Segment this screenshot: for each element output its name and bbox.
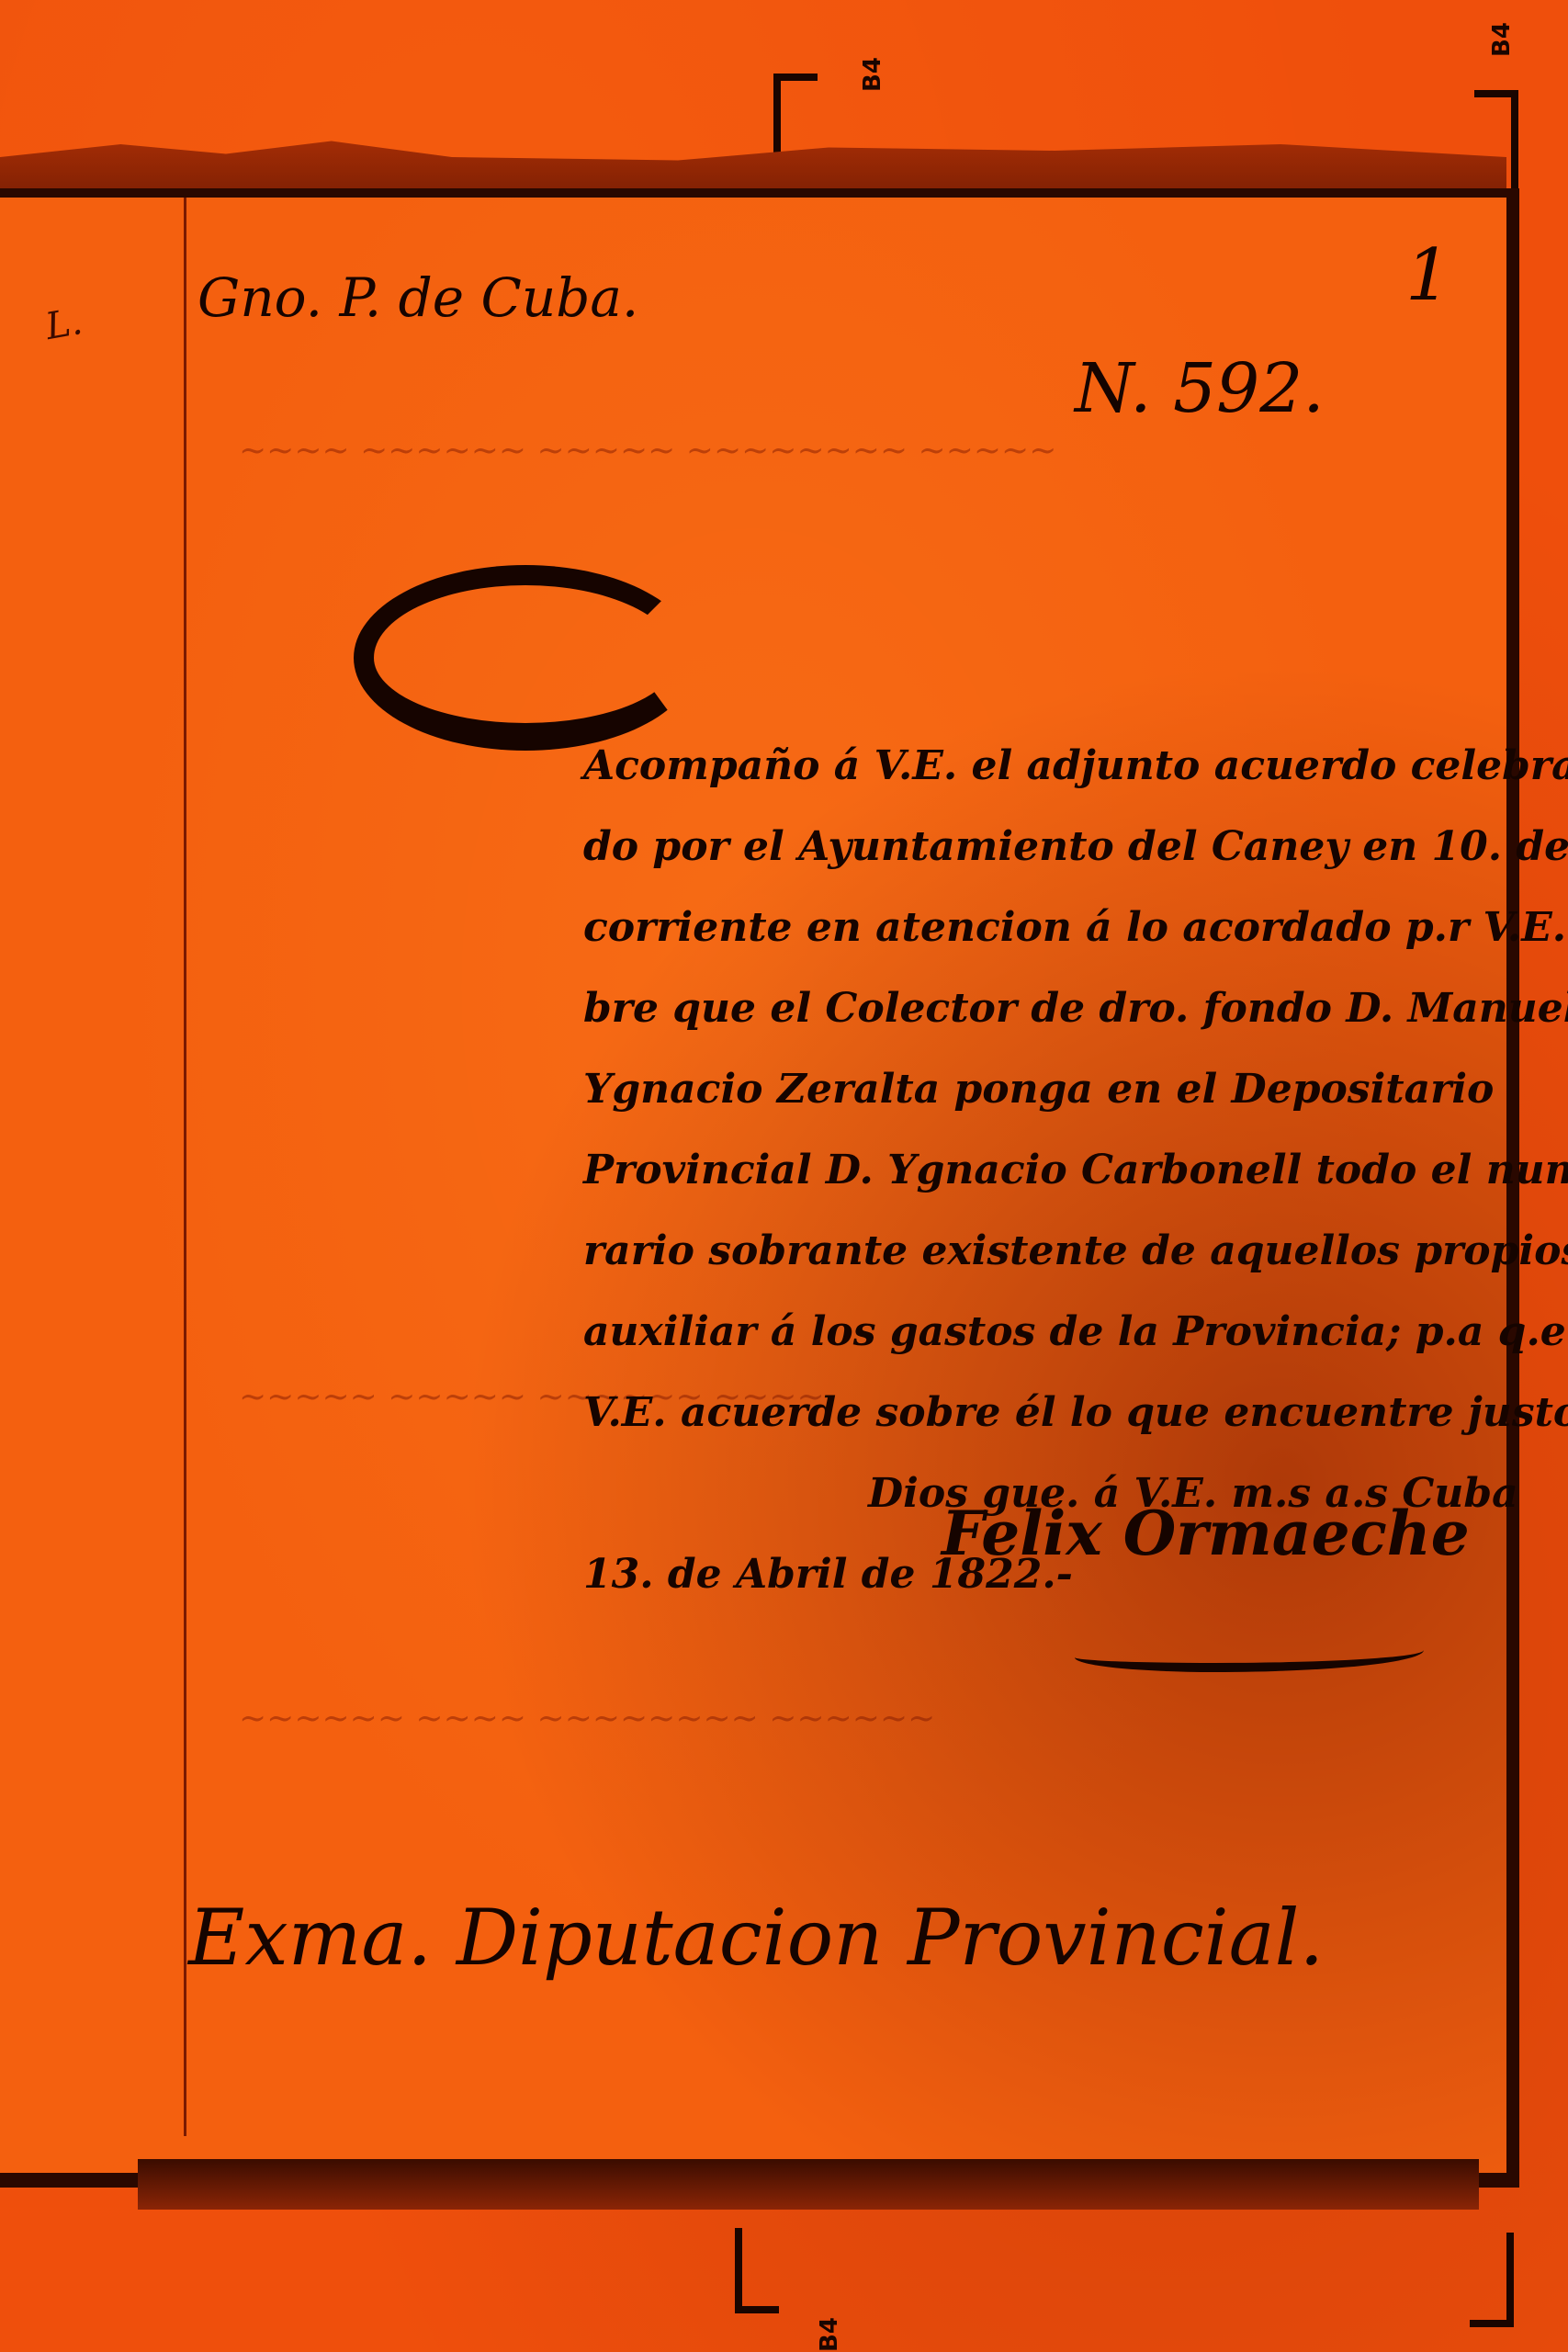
body-line: Ygnacio Zeralta ponga en el Depositario <box>583 1049 1493 1130</box>
document-number: N. 592. <box>1075 349 1325 428</box>
body-line: Provincial D. Ygnacio Carbonell todo el … <box>583 1130 1493 1211</box>
body-line: rario sobrante existente de aquellos pro… <box>583 1211 1493 1292</box>
bleed-through-text: ~~~~ ~~~~~~ ~~~~~ ~~~~~~~~ ~~~~~ <box>239 432 1056 469</box>
calligraphic-flourish-icon <box>354 565 697 751</box>
body-line: V.E. acuerde sobre él lo que encuentre j… <box>583 1373 1493 1453</box>
body-line: bre que el Colector de dro. fondo D. Man… <box>583 968 1493 1049</box>
crop-mark-bottom-right <box>1470 2233 1514 2327</box>
body-line: auxiliar á los gastos de la Provincia; p… <box>583 1292 1493 1373</box>
bleed-through-text: ~~~~~~ ~~~~ ~~~~~~~~ ~~~~~~ <box>239 1700 935 1737</box>
header-heading: Gno. P. de Cuba. <box>197 266 638 329</box>
signature: Felix Ormaeche <box>942 1498 1470 1569</box>
letter-body: Acompaño á V.E. el adjunto acuerdo celeb… <box>583 726 1493 1615</box>
body-line: do por el Ayuntamiento del Caney en 10. … <box>583 807 1493 888</box>
crop-mark-label-bottom-left: B4 <box>816 2317 843 2352</box>
crop-mark-label-top-left: B4 <box>859 57 886 92</box>
margin-rule <box>184 198 186 2136</box>
page-number: 1 <box>1405 234 1451 317</box>
page-edge-bottom <box>138 2159 1479 2210</box>
body-line: Acompaño á V.E. el adjunto acuerdo celeb… <box>583 726 1493 807</box>
margin-note: L. <box>42 300 85 348</box>
addressee: Exma. Diputacion Provincial. <box>188 1893 1324 1983</box>
crop-mark-label-top-right: B4 <box>1488 22 1516 57</box>
crop-mark-bottom-left <box>735 2228 779 2313</box>
body-line: corriente en atencion á lo acordado p.r … <box>583 888 1493 968</box>
